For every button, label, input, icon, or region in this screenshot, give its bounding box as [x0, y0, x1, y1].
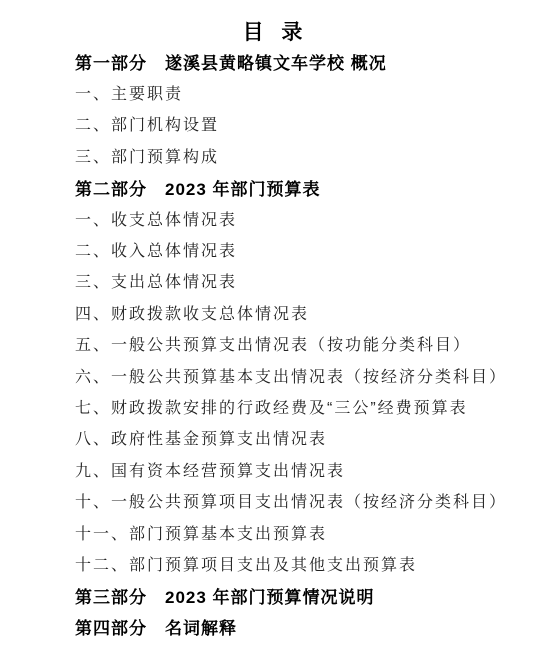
- toc-item: 三、支出总体情况表: [75, 268, 512, 299]
- toc-section-heading: 第二部分 2023 年部门预算表: [75, 174, 512, 205]
- toc-item: 一、主要职责: [75, 79, 512, 110]
- toc-item: 八、政府性基金预算支出情况表: [75, 425, 512, 456]
- toc-item: 十一、部门预算基本支出预算表: [75, 519, 512, 550]
- toc-item: 十、一般公共预算项目支出情况表（按经济分类科目）: [75, 487, 512, 518]
- document-page: 目 录 第一部分 遂溪县黄略镇文车学校 概况一、主要职责二、部门机构设置三、部门…: [0, 0, 542, 650]
- toc-item: 九、国有资本经营预算支出情况表: [75, 456, 512, 487]
- toc-title: 目 录: [75, 18, 512, 48]
- toc-item: 六、一般公共预算基本支出情况表（按经济分类科目）: [75, 362, 512, 393]
- toc-item: 七、财政拨款安排的行政经费及“三公”经费预算表: [75, 393, 512, 424]
- toc-item: 三、部门预算构成: [75, 142, 512, 173]
- toc-item: 十二、部门预算项目支出及其他支出预算表: [75, 550, 512, 581]
- toc-section-heading: 第一部分 遂溪县黄略镇文车学校 概况: [75, 48, 512, 79]
- toc-item: 二、收入总体情况表: [75, 236, 512, 267]
- toc-item: 一、收支总体情况表: [75, 205, 512, 236]
- toc-section-heading: 第三部分 2023 年部门预算情况说明: [75, 582, 512, 613]
- toc-list: 第一部分 遂溪县黄略镇文车学校 概况一、主要职责二、部门机构设置三、部门预算构成…: [75, 48, 512, 644]
- toc-section-heading: 第四部分 名词解释: [75, 613, 512, 644]
- toc-item: 二、部门机构设置: [75, 111, 512, 142]
- toc-item: 五、一般公共预算支出情况表（按功能分类科目）: [75, 331, 512, 362]
- toc-item: 四、财政拨款收支总体情况表: [75, 299, 512, 330]
